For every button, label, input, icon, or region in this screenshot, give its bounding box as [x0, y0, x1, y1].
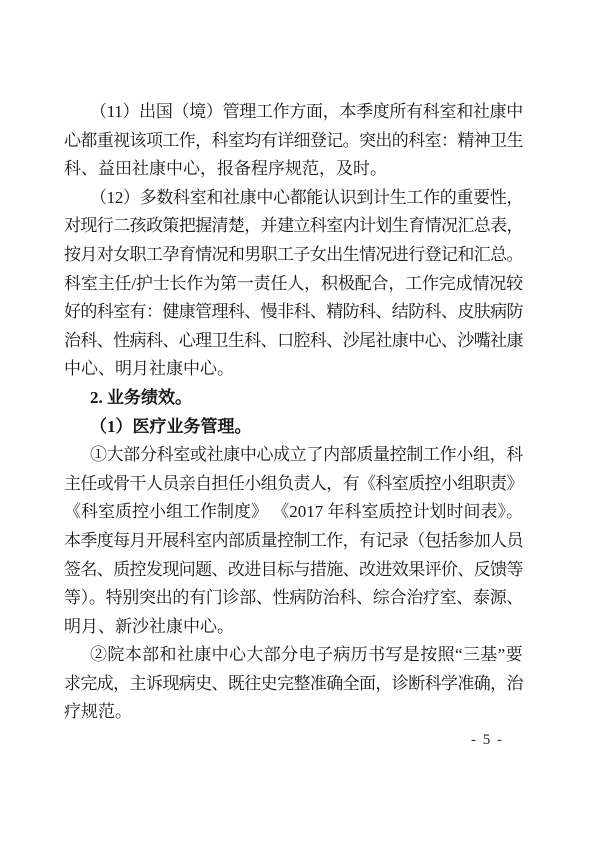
text-line-content: （11）出国（境）管理工作方面，本季度所有科室和社康中 [90, 98, 523, 127]
text-line-content: ①大部分科室或社康中心成立了内部质量控制工作小组，科 [90, 441, 523, 470]
text-line: 心都重视该项工作，科室均有详细登记。突出的科室：精神卫生 [64, 127, 523, 156]
text-line: 好的科室有：健康管理科、慢非科、精防科、结防科、皮肤病防 [64, 298, 523, 327]
text-line-content: 2. 业务绩效。 [90, 384, 192, 413]
text-line: （1）医疗业务管理。 [64, 413, 523, 442]
text-line-content: 本季度每月开展科室内部质量控制工作，有记录（包括参加人员 [64, 527, 523, 556]
text-line-content: ②院本部和社康中心大部分电子病历书写是按照“三基”要 [90, 641, 523, 670]
text-line-content: 科室主任/护士长作为第一责任人，积极配合，工作完成情况较 [64, 270, 523, 299]
text-line-content: 中心、明月社康中心。 [64, 355, 234, 384]
text-line: 按月对女职工孕育情况和男职工子女出生情况进行登记和汇总。 [64, 241, 523, 270]
text-line: 疗规范。 [64, 698, 523, 727]
text-line-content: 对现行二孩政策把握清楚，并建立科室内计划生育情况汇总表， [64, 212, 523, 241]
text-line-content: 科、益田社康中心，报备程序规范，及时。 [64, 155, 387, 184]
text-line: 本季度每月开展科室内部质量控制工作，有记录（包括参加人员 [64, 527, 523, 556]
text-line-content: 等）。特别突出的有门诊部、性病防治科、综合治疗室、泰源、 [64, 584, 523, 613]
text-line: 科、益田社康中心，报备程序规范，及时。 [64, 155, 523, 184]
text-line-content: 主任或骨干人员亲自担任小组负责人，有《科室质控小组职责》 [64, 470, 523, 499]
heading-business-performance: 2. 业务绩效。 [64, 384, 523, 413]
text-line-content: 好的科室有：健康管理科、慢非科、精防科、结防科、皮肤病防 [64, 298, 523, 327]
text-line-content: （1）医疗业务管理。 [90, 413, 252, 442]
text-line: 2. 业务绩效。 [64, 384, 523, 413]
paragraph-item-11: （11）出国（境）管理工作方面，本季度所有科室和社康中心都重视该项工作，科室均有… [64, 98, 523, 184]
text-line-content: （12）多数科室和社康中心都能认识到计生工作的重要性， [90, 184, 523, 213]
text-line: ②院本部和社康中心大部分电子病历书写是按照“三基”要 [64, 641, 523, 670]
text-line-content: 明月、新沙社康中心。 [64, 613, 234, 642]
paragraph-item-12: （12）多数科室和社康中心都能认识到计生工作的重要性，对现行二孩政策把握清楚，并… [64, 184, 523, 384]
text-line: 治科、性病科、心理卫生科、口腔科、沙尾社康中心、沙嘴社康 [64, 327, 523, 356]
text-line-content: 求完成，主诉现病史、既往史完整准确全面，诊断科学准确，治 [64, 670, 523, 699]
text-line: 签名、质控发现问题、改进目标与措施、改进效果评价、反馈等 [64, 556, 523, 585]
text-line: （11）出国（境）管理工作方面，本季度所有科室和社康中 [64, 98, 523, 127]
text-line-content: 治科、性病科、心理卫生科、口腔科、沙尾社康中心、沙嘴社康 [64, 327, 523, 356]
text-line: ①大部分科室或社康中心成立了内部质量控制工作小组，科 [64, 441, 523, 470]
text-line: 《科室质控小组工作制度》 《2017 年科室质控计划时间表》。 [64, 498, 523, 527]
text-line-content: 《科室质控小组工作制度》 《2017 年科室质控计划时间表》。 [64, 498, 523, 527]
text-line: 求完成，主诉现病史、既往史完整准确全面，诊断科学准确，治 [64, 670, 523, 699]
text-line: 对现行二孩政策把握清楚，并建立科室内计划生育情况汇总表， [64, 212, 523, 241]
text-line: 明月、新沙社康中心。 [64, 613, 523, 642]
text-line-content: 按月对女职工孕育情况和男职工子女出生情况进行登记和汇总。 [64, 241, 523, 270]
text-line: 等）。特别突出的有门诊部、性病防治科、综合治疗室、泰源、 [64, 584, 523, 613]
text-line: （12）多数科室和社康中心都能认识到计生工作的重要性， [64, 184, 523, 213]
text-line-content: 疗规范。 [64, 698, 132, 727]
page-number: - 5 - [471, 731, 504, 749]
document-page: （11）出国（境）管理工作方面，本季度所有科室和社康中心都重视该项工作，科室均有… [0, 0, 600, 850]
text-line-content: 心都重视该项工作，科室均有详细登记。突出的科室：精神卫生 [64, 127, 523, 156]
text-line-content: 签名、质控发现问题、改进目标与措施、改进效果评价、反馈等 [64, 556, 523, 585]
document-body: （11）出国（境）管理工作方面，本季度所有科室和社康中心都重视该项工作，科室均有… [64, 98, 523, 727]
text-line: 科室主任/护士长作为第一责任人，积极配合，工作完成情况较 [64, 270, 523, 299]
text-line: 主任或骨干人员亲自担任小组负责人，有《科室质控小组职责》 [64, 470, 523, 499]
heading-medical-business-management: （1）医疗业务管理。 [64, 413, 523, 442]
text-line: 中心、明月社康中心。 [64, 355, 523, 384]
paragraph-quality-control: ①大部分科室或社康中心成立了内部质量控制工作小组，科主任或骨干人员亲自担任小组负… [64, 441, 523, 641]
paragraph-electronic-medical-records: ②院本部和社康中心大部分电子病历书写是按照“三基”要求完成，主诉现病史、既往史完… [64, 641, 523, 727]
